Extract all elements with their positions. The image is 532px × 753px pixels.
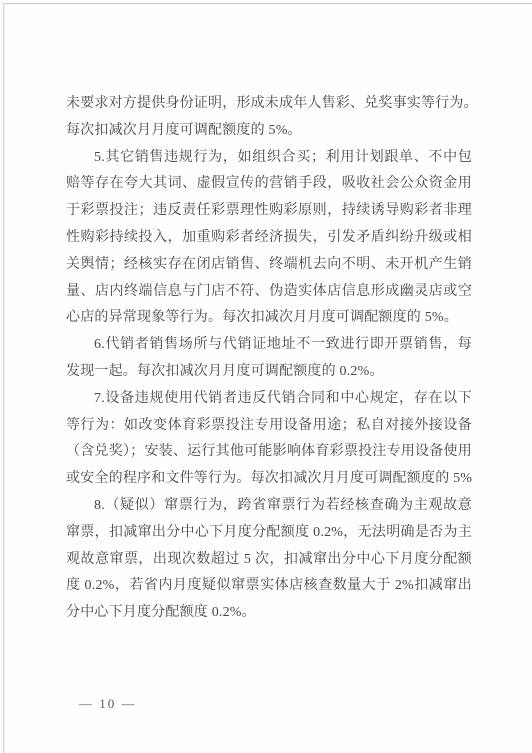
document-line: 度 0.2%，若省内月度疑似窜票实体店核查数量大于 2%扣减窜出 — [66, 573, 472, 600]
paragraph: 5.其它销售违规行为，如组织合买；利用计划跟单、不中包 赔等存在夸大其词、虚假宣… — [66, 145, 472, 333]
document-text-block: 未要求对方提供身份证明，形成未成年人售彩、兑奖事实等行为。 每次扣减次月月度可调… — [66, 91, 472, 627]
document-page: 未要求对方提供身份证明，形成未成年人售彩、兑奖事实等行为。 每次扣减次月月度可调… — [3, 3, 532, 753]
paragraph: 6.代销者销售场所与代销证地址不一致进行即开票销售，每 发现一起。每次扣减次月月… — [66, 332, 472, 386]
paragraph: 8.（疑似）窜票行为，跨省窜票行为若经核查确为主观故意 窜票，扣减窜出分中心下月… — [66, 493, 472, 627]
document-line: 关舆情；经核实存在闭店销售、终端机去向不明、未开机产生销 — [66, 252, 472, 279]
document-line: 等行为：如改变体育彩票投注专用设备用途；私自对接外接设备 — [66, 413, 472, 440]
document-line: 于彩票投注；违反责任彩票理性购彩原则，持续诱导购彩者非理 — [66, 198, 472, 225]
document-line: 5.其它销售违规行为，如组织合买；利用计划跟单、不中包 — [66, 145, 472, 172]
document-line: 分中心下月度分配额度 0.2%。 — [66, 600, 472, 627]
document-line: 心店的异常现象等行为。每次扣减次月月度可调配额度的 5%。 — [66, 305, 472, 332]
paragraph: 未要求对方提供身份证明，形成未成年人售彩、兑奖事实等行为。 每次扣减次月月度可调… — [66, 91, 472, 145]
document-line: 观故意窜票，出现次数超过 5 次，扣减窜出分中心下月度分配额 — [66, 547, 472, 574]
document-line: 量、店内终端信息与门店不符、伪造实体店信息形成幽灵店或空 — [66, 279, 472, 306]
document-line: 6.代销者销售场所与代销证地址不一致进行即开票销售，每 — [66, 332, 472, 359]
document-line: 性购彩持续投入，加重购彩者经济损失，引发矛盾纠纷升级或相 — [66, 225, 472, 252]
paragraph: 7.设备违规使用代销者违反代销合同和中心规定，存在以下 等行为：如改变体育彩票投… — [66, 386, 472, 493]
document-line: 窜票，扣减窜出分中心下月度分配额度 0.2%，无法明确是否为主 — [66, 520, 472, 547]
document-line: 7.设备违规使用代销者违反代销合同和中心规定，存在以下 — [66, 386, 472, 413]
document-line: 发现一起。每次扣减次月月度可调配额度的 0.2%。 — [66, 359, 472, 386]
document-line: 或安全的程序和文件等行为。每次扣减次月月度可调配额度的 5%。 — [66, 466, 472, 493]
document-line: 8.（疑似）窜票行为，跨省窜票行为若经核查确为主观故意 — [66, 493, 472, 520]
document-line: （含兑奖）；安装、运行其他可能影响体育彩票投注专用设备使用 — [66, 439, 472, 466]
page-number: — 10 — — [79, 696, 137, 712]
document-line: 未要求对方提供身份证明，形成未成年人售彩、兑奖事实等行为。 — [66, 91, 472, 118]
document-line: 每次扣减次月月度可调配额度的 5%。 — [66, 118, 472, 145]
document-canvas: 未要求对方提供身份证明，形成未成年人售彩、兑奖事实等行为。 每次扣减次月月度可调… — [0, 0, 532, 753]
document-line: 赔等存在夸大其词、虚假宣传的营销手段，吸收社会公众资金用 — [66, 171, 472, 198]
